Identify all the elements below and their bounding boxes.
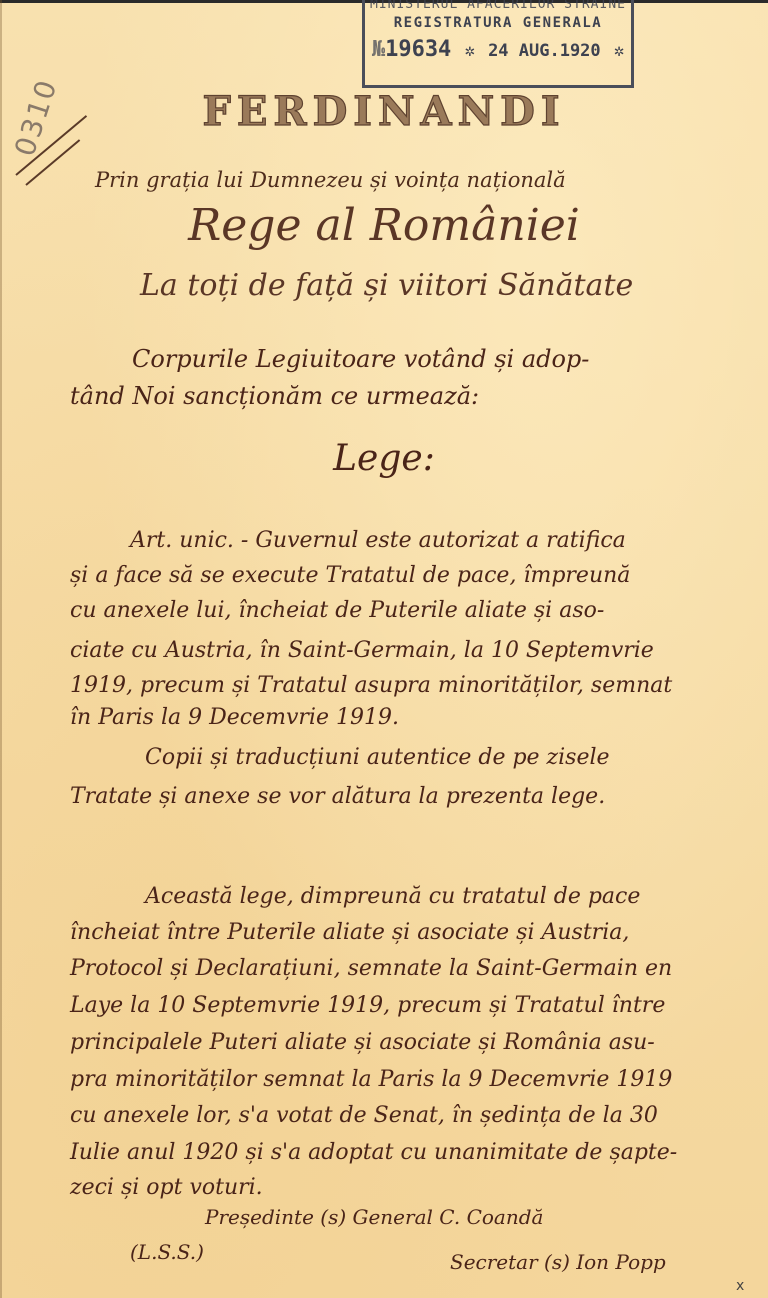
copies-line: Copii și traducțiuni autentice de pe zis…	[145, 745, 610, 770]
article-line: 1919, precum și Tratatul asupra minorită…	[70, 673, 672, 698]
senate-line: Această lege, dimpreună cu tratatul de p…	[145, 884, 640, 909]
king-title: Rege al României	[0, 200, 768, 251]
stamp-ministry: MINISTERUL AFACERILOR STRAINE	[365, 0, 631, 12]
article-line: Art. unic. - Guvernul este autorizat a r…	[130, 528, 626, 553]
senate-line: zeci și opt voturi.	[70, 1175, 263, 1200]
senate-line: Protocol și Declarațiuni, semnate la Sai…	[70, 956, 672, 981]
president-signature: Președinte (s) General C. Coandă	[205, 1205, 543, 1229]
stamp-number-prefix: №	[372, 37, 385, 62]
senate-line: încheiat între Puterile aliate și asocia…	[70, 920, 629, 945]
stamp-number: 19634	[385, 37, 451, 62]
preamble-line: Corpurile Legiuitoare votând și adop-	[132, 345, 589, 373]
senate-line: cu anexele lor, s'a votat de Senat, în ș…	[70, 1103, 658, 1128]
subtitle-grace: Prin grația lui Dumnezeu și voința națio…	[95, 168, 566, 192]
corner-x-mark: x	[736, 1278, 744, 1294]
article-line: ciate cu Austria, în Saint-Germain, la 1…	[70, 638, 654, 663]
stamp-date: 24 AUG.1920	[488, 41, 601, 61]
scan-left-edge	[0, 0, 2, 1298]
senate-line: Iulie anul 1920 și s'a adoptat cu unanim…	[70, 1140, 677, 1165]
secretary-signature: Secretar (s) Ion Popp	[450, 1250, 666, 1274]
article-line: în Paris la 9 Decemvrie 1919.	[70, 705, 399, 730]
preamble-line: tând Noi sancționăm ce urmează:	[70, 382, 479, 410]
copies-line: Tratate și anexe se vor alătura la preze…	[70, 784, 605, 809]
senate-line: Laye la 10 Septemvrie 1919, precum și Tr…	[70, 993, 665, 1018]
article-line: cu anexele lui, încheiat de Puterile ali…	[70, 598, 604, 623]
article-line: și a face să se execute Tratatul de pace…	[70, 563, 630, 588]
greeting: La toți de față și viitori Sănătate	[140, 268, 633, 303]
law-heading: Lege:	[0, 438, 768, 479]
stamp-number-line: №19634 ✲ 24 AUG.1920 ✲	[365, 37, 631, 62]
seal-mark: (L.S.S.)	[130, 1240, 204, 1264]
stamp-registry: REGISTRATURA GENERALA	[365, 15, 631, 31]
senate-line: pra minorităților semnat la Paris la 9 D…	[70, 1067, 672, 1092]
registry-stamp: MINISTERUL AFACERILOR STRAINE REGISTRATU…	[362, 0, 634, 88]
senate-line: principalele Puteri aliate și asociate ș…	[70, 1030, 655, 1055]
stamp-separator-icon: ✲	[614, 41, 624, 61]
document-title: FERDINANDI	[0, 88, 768, 135]
stamp-separator-icon: ✲	[465, 41, 475, 61]
